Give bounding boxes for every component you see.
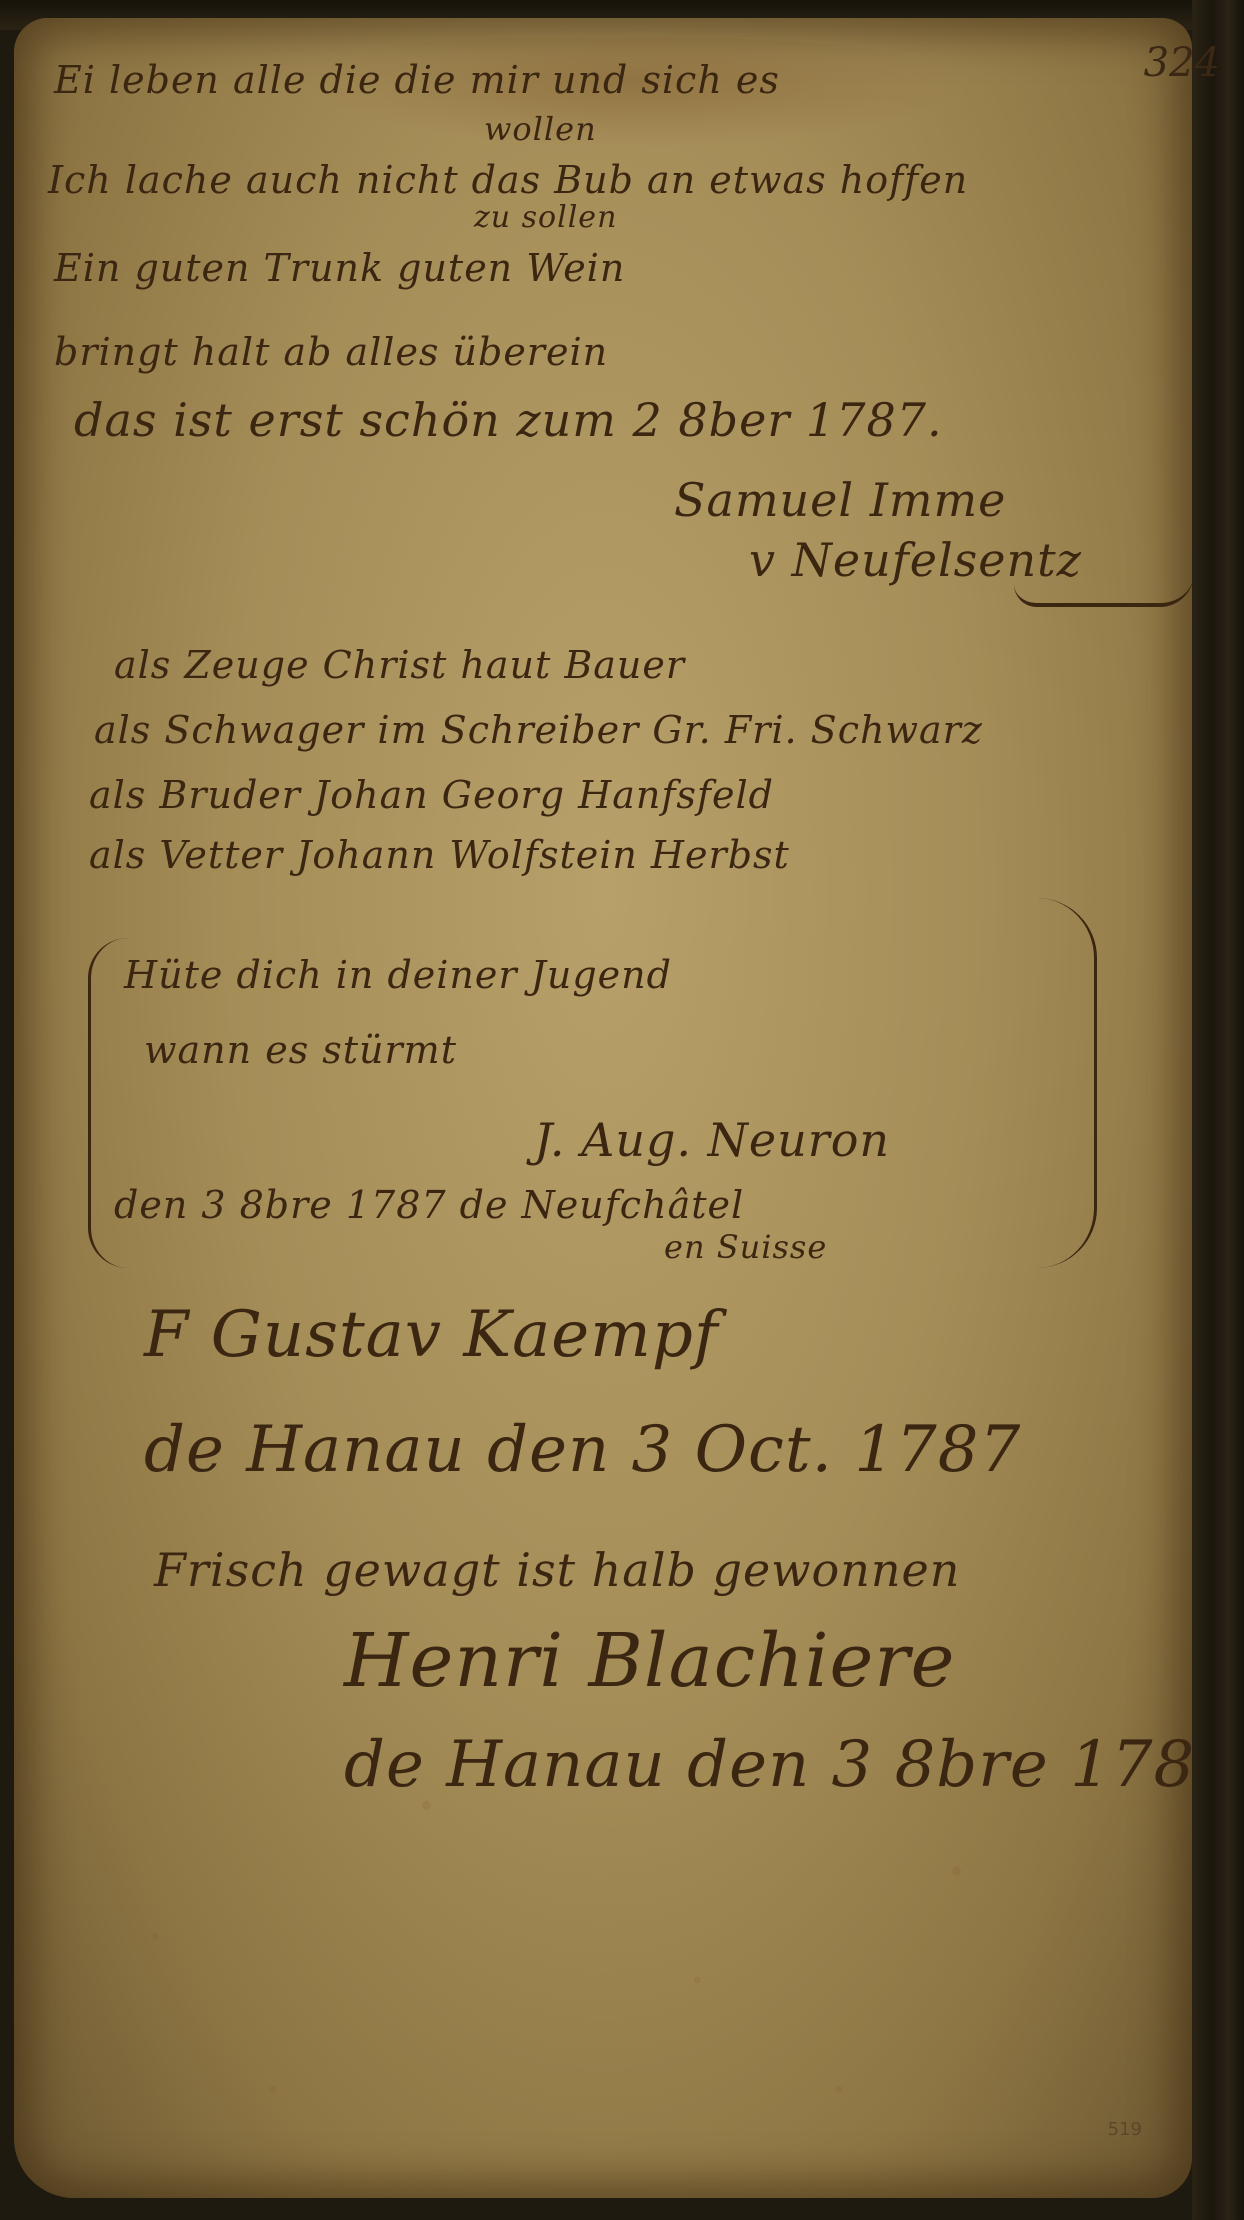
entry-1-line-2: wollen [484, 110, 597, 148]
entry-5-signature: Henri Blachiere [344, 1618, 955, 1704]
entry-5-motto: Frisch gewagt ist halb gewonnen [154, 1543, 960, 1597]
page-number: 324 [1144, 40, 1220, 86]
manuscript-page: Ei leben alle die die mir und sich es wo… [14, 18, 1192, 2198]
entry-1-line-3: Ich lache auch nicht das Bub an etwas ho… [48, 158, 968, 202]
entry-1-line-7: das ist erst schön zum 2 8ber 1787. [74, 393, 943, 447]
entry-2-line-4: als Vetter Johann Wolfstein Herbst [89, 833, 790, 877]
entry-3-place-suffix: en Suisse [664, 1228, 827, 1266]
entry-1-line-1: Ei leben alle die die mir und sich es [54, 58, 780, 102]
entry-1-line-6: bringt halt ab alles überein [54, 330, 608, 374]
book-spine [1192, 0, 1244, 2220]
entry-2-line-1: als Zeuge Christ haut Bauer [114, 643, 685, 687]
signature-flourish [1014, 573, 1192, 607]
entry-2-line-3: als Bruder Johan Georg Hanfsfeld [89, 773, 774, 817]
entry-3-line-2: wann es stürmt [144, 1028, 457, 1072]
entry-3-line-1: Hüte dich in deiner Jugend [124, 953, 672, 997]
entry-3-signature: J. Aug. Neuron [534, 1113, 890, 1167]
entry-3-date-line: den 3 8bre 1787 de Neufchâtel [114, 1183, 744, 1227]
entry-4-signature: F Gustav Kaempf [144, 1298, 719, 1372]
entry-2-line-2: als Schwager im Schreiber Gr. Fri. Schwa… [94, 708, 983, 752]
entry-4-date-line: de Hanau den 3 Oct. 1787 [144, 1413, 1021, 1487]
entry-1-line-4: zu sollen [474, 200, 617, 235]
pencil-folio-mark: 519 [1108, 2119, 1142, 2140]
entry-1-signature-name: Samuel Imme [674, 473, 1006, 527]
entry-5-date-line: de Hanau den 3 8bre 1787 [344, 1728, 1192, 1802]
right-brace [1024, 898, 1097, 1268]
entry-1-line-5: Ein guten Trunk guten Wein [54, 246, 625, 290]
